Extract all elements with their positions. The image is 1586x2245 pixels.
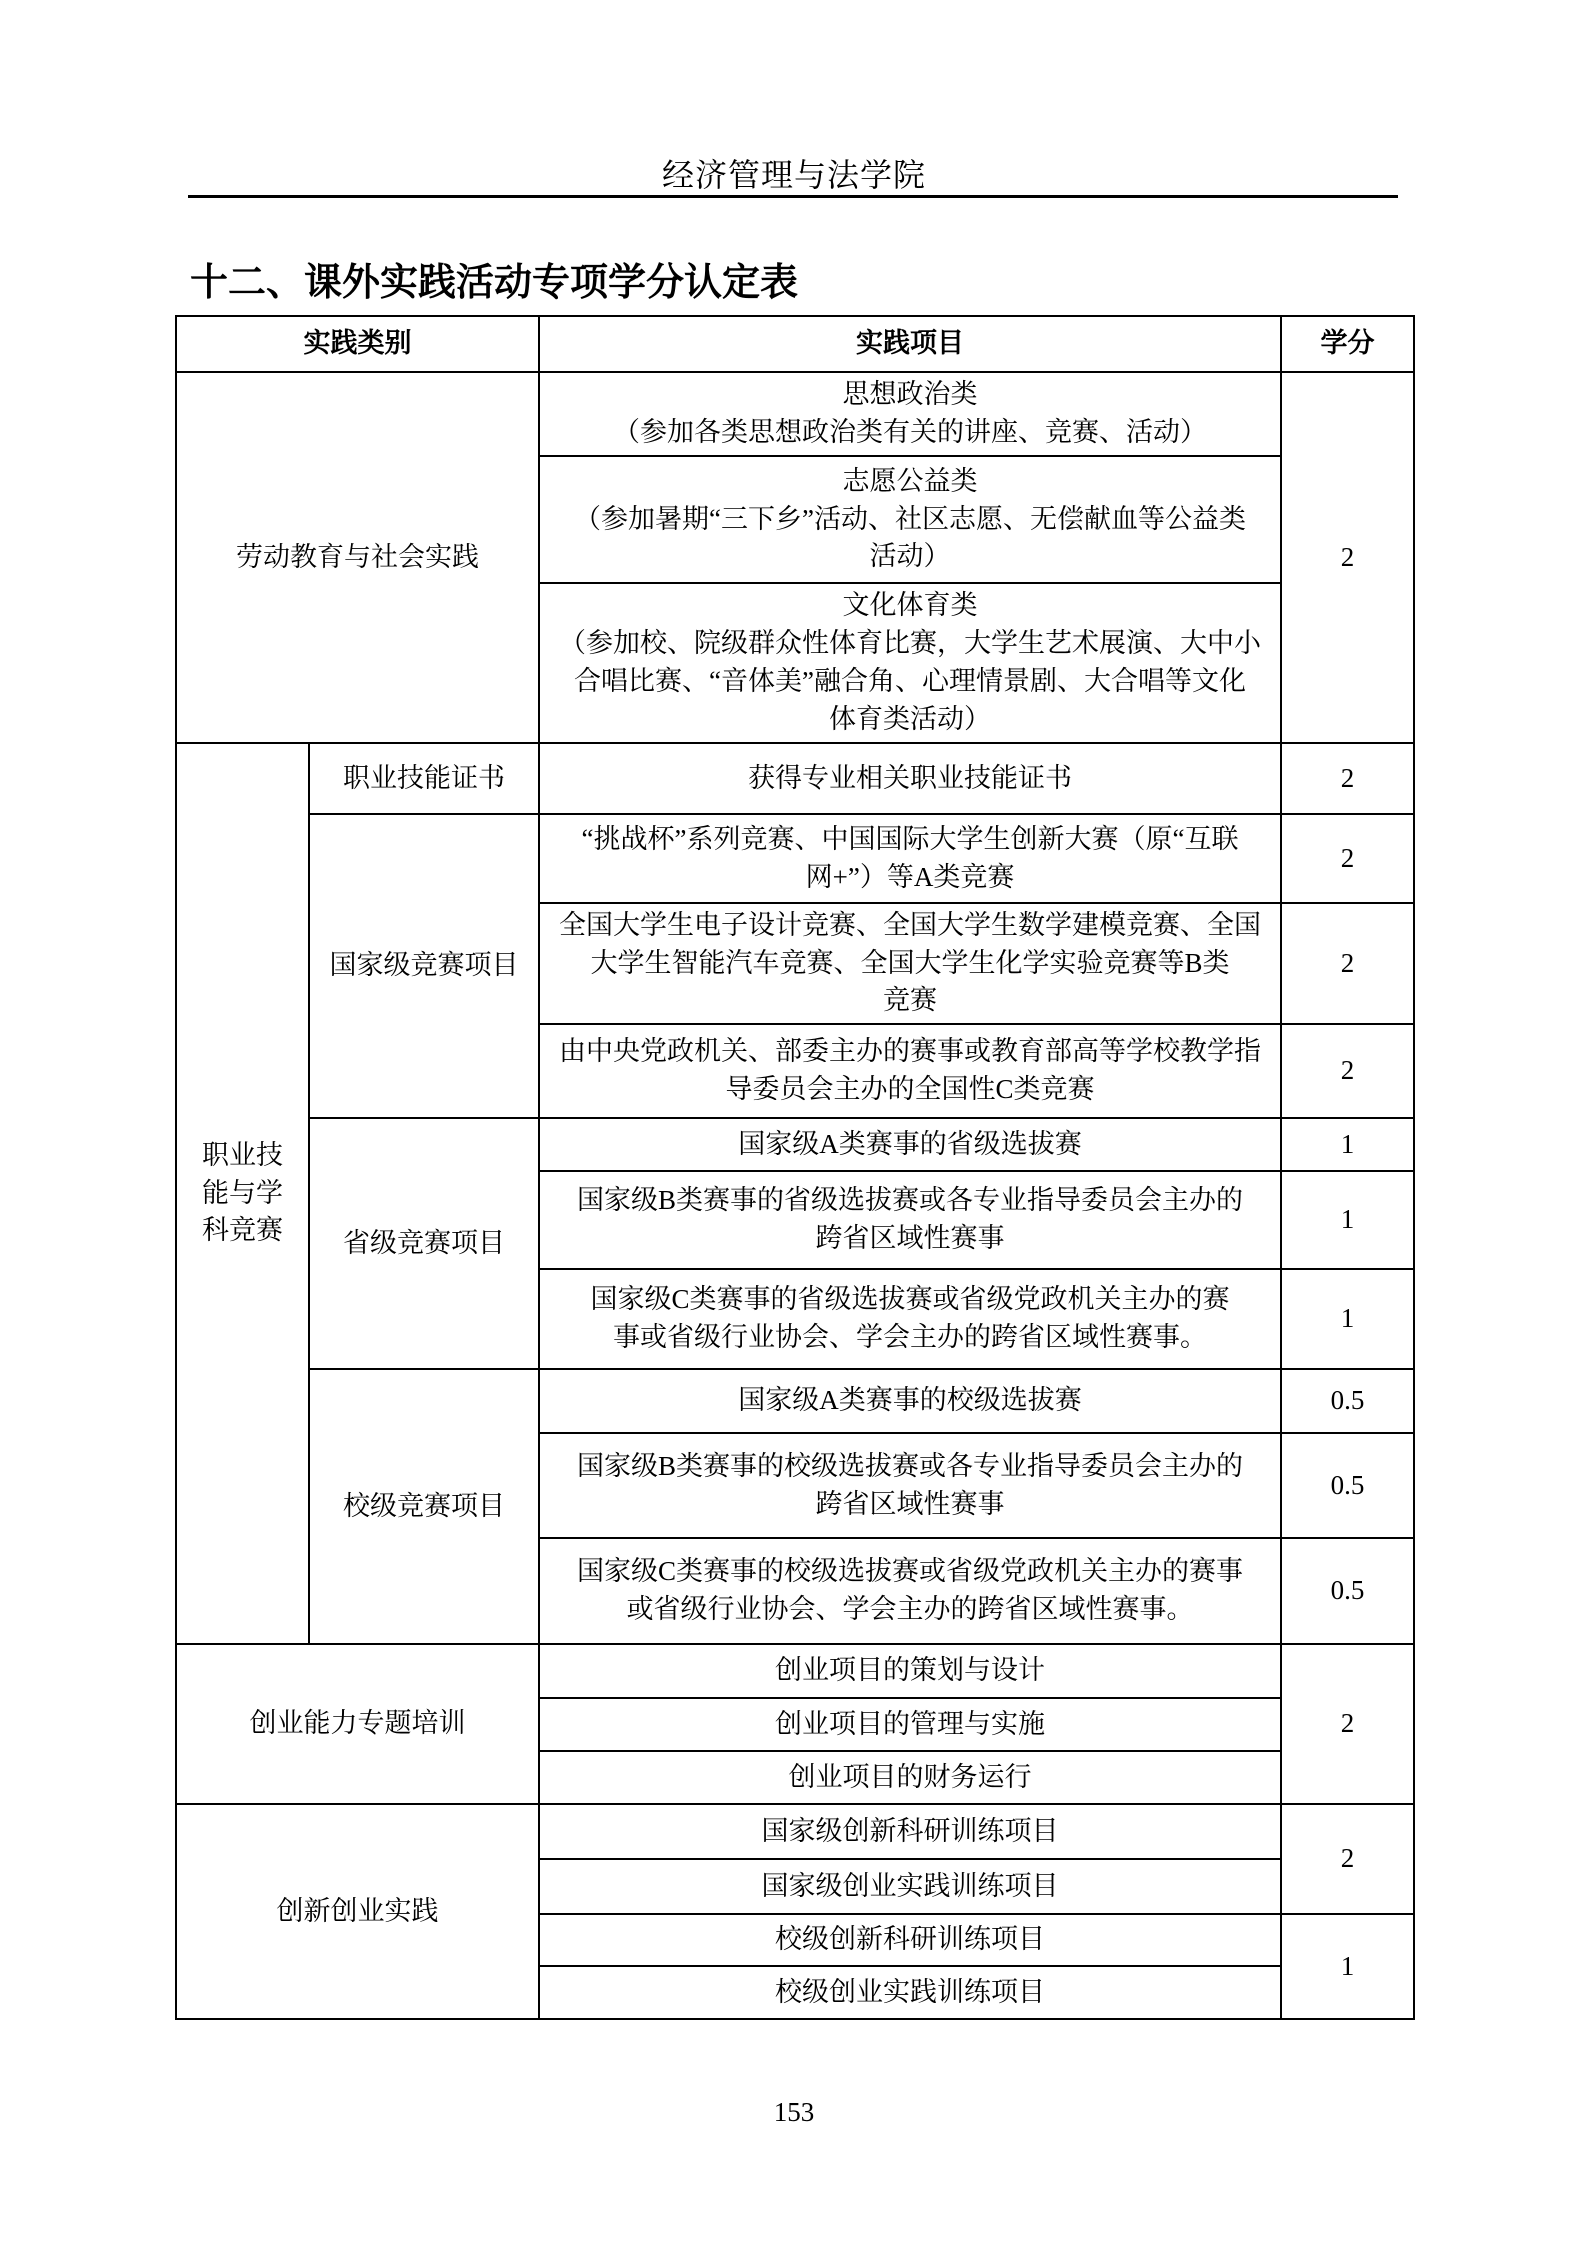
project-cell: 创业项目的财务运行 [539,1751,1281,1804]
credit-cell: 1 [1281,1269,1414,1369]
document-page: 经济管理与法学院 十二、课外实践活动专项学分认定表 实践类别 实践项目 学分 劳… [0,0,1586,2245]
credit-cell: 0.5 [1281,1433,1414,1538]
credit-cell: 1 [1281,1118,1414,1171]
table-row: 国家级竞赛项目 “挑战杯”系列竞赛、中国国际大学生创新大赛（原“互联 网+”）等… [176,814,1414,903]
table-row: 劳动教育与社会实践 思想政治类 （参加各类思想政治类有关的讲座、竞赛、活动） 2 [176,372,1414,456]
project-cell: 国家级B类赛事的省级选拔赛或各专业指导委员会主办的 跨省区域性赛事 [539,1171,1281,1269]
table-row: 省级竞赛项目 国家级A类赛事的省级选拔赛 1 [176,1118,1414,1171]
subcategory-cell: 校级竞赛项目 [309,1369,539,1644]
project-cell: 校级创业实践训练项目 [539,1966,1281,2019]
page-number: 153 [175,2097,1413,2128]
credit-cell: 2 [1281,814,1414,903]
page-title: 十二、课外实践活动专项学分认定表 [190,251,798,306]
project-cell: 创业项目的管理与实施 [539,1698,1281,1751]
credit-cell: 2 [1281,1804,1414,1914]
credit-cell: 2 [1281,372,1414,743]
subcategory-cell: 职业技能证书 [309,743,539,814]
credit-cell: 0.5 [1281,1369,1414,1433]
credits-table: 实践类别 实践项目 学分 劳动教育与社会实践 思想政治类 （参加各类思想政治类有… [175,315,1415,2020]
subcategory-cell: 省级竞赛项目 [309,1118,539,1369]
project-cell: 国家级B类赛事的校级选拔赛或各专业指导委员会主办的 跨省区域性赛事 [539,1433,1281,1538]
table-header-row: 实践类别 实践项目 学分 [176,316,1414,372]
table-row: 创业能力专题培训 创业项目的策划与设计 2 [176,1644,1414,1698]
header-cell-credit: 学分 [1281,316,1414,372]
project-cell: 文化体育类 （参加校、院级群众性体育比赛，大学生艺术展演、大中小 合唱比赛、“音… [539,583,1281,743]
project-cell: 国家级创业实践训练项目 [539,1859,1281,1914]
project-cell: 志愿公益类 （参加暑期“三下乡”活动、社区志愿、无偿献血等公益类 活动） [539,456,1281,583]
project-cell: 由中央党政机关、部委主办的赛事或教育部高等学校教学指 导委员会主办的全国性C类竞… [539,1024,1281,1118]
category-cell: 创业能力专题培训 [176,1644,539,1804]
project-cell: 获得专业相关职业技能证书 [539,743,1281,814]
credit-cell: 1 [1281,1171,1414,1269]
header-rule [188,195,1398,198]
credit-cell: 2 [1281,903,1414,1024]
project-cell: 思想政治类 （参加各类思想政治类有关的讲座、竞赛、活动） [539,372,1281,456]
category-cell: 劳动教育与社会实践 [176,372,539,743]
table-row: 校级竞赛项目 国家级A类赛事的校级选拔赛 0.5 [176,1369,1414,1433]
category-cell: 职业技 能与学 科竞赛 [176,743,309,1644]
credit-cell: 1 [1281,1914,1414,2019]
project-cell: “挑战杯”系列竞赛、中国国际大学生创新大赛（原“互联 网+”）等A类竞赛 [539,814,1281,903]
credit-cell: 0.5 [1281,1538,1414,1644]
header-cell-category: 实践类别 [176,316,539,372]
credit-cell: 2 [1281,743,1414,814]
project-cell: 创业项目的策划与设计 [539,1644,1281,1698]
school-header: 经济管理与法学院 [175,150,1413,196]
project-cell: 国家级创新科研训练项目 [539,1804,1281,1859]
project-cell: 国家级A类赛事的校级选拔赛 [539,1369,1281,1433]
credit-cell: 2 [1281,1024,1414,1118]
table-row: 职业技 能与学 科竞赛 职业技能证书 获得专业相关职业技能证书 2 [176,743,1414,814]
project-cell: 国家级C类赛事的校级选拔赛或省级党政机关主办的赛事 或省级行业协会、学会主办的跨… [539,1538,1281,1644]
project-cell: 国家级C类赛事的省级选拔赛或省级党政机关主办的赛 事或省级行业协会、学会主办的跨… [539,1269,1281,1369]
credit-cell: 2 [1281,1644,1414,1804]
project-cell: 国家级A类赛事的省级选拔赛 [539,1118,1281,1171]
project-cell: 校级创新科研训练项目 [539,1914,1281,1966]
table-row: 创新创业实践 国家级创新科研训练项目 2 [176,1804,1414,1859]
category-cell: 创新创业实践 [176,1804,539,2019]
project-cell: 全国大学生电子设计竞赛、全国大学生数学建模竞赛、全国 大学生智能汽车竞赛、全国大… [539,903,1281,1024]
subcategory-cell: 国家级竞赛项目 [309,814,539,1118]
header-cell-project: 实践项目 [539,316,1281,372]
